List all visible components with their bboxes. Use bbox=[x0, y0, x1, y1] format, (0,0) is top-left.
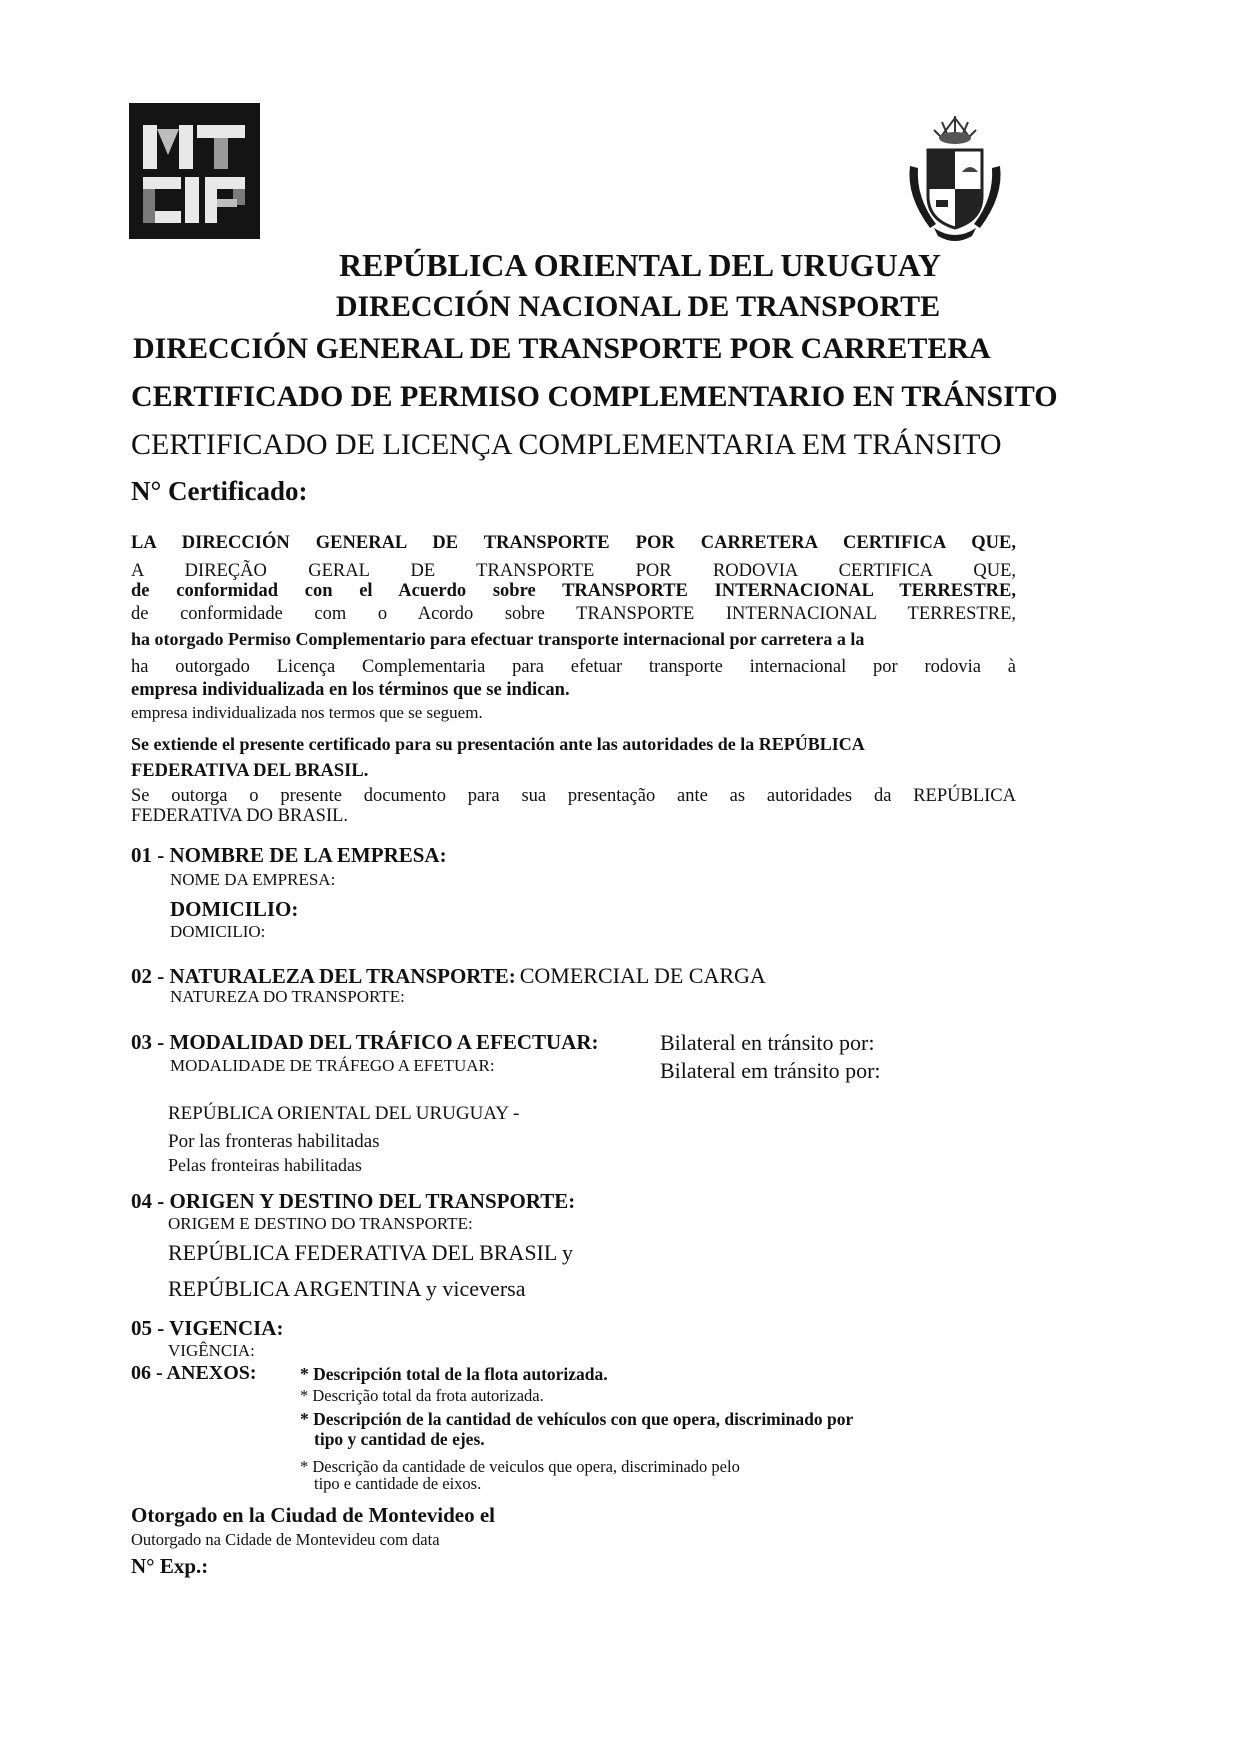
item-04-sub: ORIGEM E DESTINO DO TRANSPORTE: bbox=[168, 1214, 473, 1234]
item-03-borders-pt: Pelas fronteiras habilitadas bbox=[168, 1155, 362, 1176]
title-certificado-es: CERTIFICADO DE PERMISO COMPLEMENTARIO EN… bbox=[131, 380, 1058, 414]
item-04-line2: REPÚBLICA ARGENTINA y viceversa bbox=[168, 1276, 525, 1302]
item-04-line1: REPÚBLICA FEDERATIVA DEL BRASIL y bbox=[168, 1240, 573, 1266]
annex-2-es-2: tipo y cantidad de ejes. bbox=[314, 1430, 485, 1449]
intro-es-2b: conformidad con el Acuerdo sobre TRANSPO… bbox=[176, 581, 1016, 601]
intro-es-1: LA DIRECCIÓN GENERAL DE TRANSPORTE POR C… bbox=[131, 532, 1016, 554]
item-02-sub: NATUREZA DO TRANSPORTE: bbox=[170, 987, 405, 1007]
intro-es-2: de conformidad con el Acuerdo sobre TRAN… bbox=[131, 580, 1016, 602]
item-03-value: Bilateral en tránsito por: bbox=[660, 1030, 874, 1056]
title-certificado-pt: CERTIFICADO DE LICENÇA COMPLEMENTARIA EM… bbox=[131, 428, 1002, 462]
intro-pt-6: FEDERATIVA DO BRASIL. bbox=[131, 805, 1016, 827]
item-02-label: 02 - NATURALEZA DEL TRANSPORTE: bbox=[131, 964, 516, 988]
item-06-label: 06 - ANEXOS: bbox=[131, 1362, 257, 1385]
item-03-label: 03 - MODALIDAD DEL TRÁFICO A EFECTUAR: bbox=[131, 1030, 599, 1055]
intro-pt-5: Se outorga o presente documento para sua… bbox=[131, 785, 1016, 807]
intro-es-6: FEDERATIVA DEL BRASIL. bbox=[131, 760, 1016, 782]
granted-pt: Outorgado na Cidade de Montevideu com da… bbox=[131, 1530, 440, 1550]
title-republica: REPÚBLICA ORIENTAL DEL URUGUAY bbox=[0, 247, 1240, 284]
intro-es-2a: de bbox=[131, 581, 150, 601]
certificate-number-label: N° Certificado: bbox=[131, 476, 308, 507]
granted-es: Otorgado en la Ciudad de Montevideo el bbox=[131, 1503, 495, 1528]
item-03-borders-es: Por las fronteras habilitadas bbox=[168, 1131, 380, 1153]
exp-number-label: N° Exp.: bbox=[131, 1554, 208, 1579]
intro-pt-4: empresa individualizada nos termos que s… bbox=[131, 702, 1016, 724]
item-03-value-pt: Bilateral em tránsito por: bbox=[660, 1058, 881, 1084]
item-05-sub: VIGÊNCIA: bbox=[168, 1341, 255, 1361]
item-05-label: 05 - VIGENCIA: bbox=[131, 1316, 283, 1341]
item-03-sub: MODALIDADE DE TRÁFEGO A EFETUAR: bbox=[170, 1056, 495, 1076]
title-direccion-general: DIRECCIÓN GENERAL DE TRANSPORTE POR CARR… bbox=[133, 332, 991, 366]
item-02-value: COMERCIAL DE CARGA bbox=[520, 963, 766, 988]
title-direccion-nacional: DIRECCIÓN NACIONAL DE TRANSPORTE bbox=[0, 290, 1240, 324]
item-04-label: 04 - ORIGEN Y DESTINO DEL TRANSPORTE: bbox=[131, 1189, 575, 1214]
annex-1-pt: * Descrição total da frota autorizada. bbox=[300, 1386, 544, 1405]
item-01-label: 01 - NOMBRE DE LA EMPRESA: bbox=[131, 843, 447, 868]
mtop-logo bbox=[129, 103, 260, 239]
intro-es-5: Se extiende el presente certificado para… bbox=[131, 733, 1016, 755]
intro-pt-2: de conformidade com o Acordo sobre TRANS… bbox=[131, 603, 1016, 625]
annex-2-es-1: * Descripción de la cantidad de vehículo… bbox=[300, 1410, 853, 1429]
intro-es-4: empresa individualizada en los términos … bbox=[131, 679, 1016, 701]
domicilio-label: DOMICILIO: bbox=[170, 897, 298, 922]
intro-es-3: ha otorgado Permiso Complementario para … bbox=[131, 628, 1016, 650]
item-03-country: REPÚBLICA ORIENTAL DEL URUGUAY - bbox=[168, 1103, 519, 1125]
intro-pt-1: A DIREÇÃO GERAL DE TRANSPORTE POR RODOVI… bbox=[131, 560, 1016, 582]
annex-2-pt-2: tipo e cantidade de eixos. bbox=[314, 1474, 481, 1493]
mtop-logo-icon bbox=[129, 103, 260, 239]
annex-1-es: * Descripción total de la flota autoriza… bbox=[300, 1365, 608, 1384]
domicilio-sub: DOMICILIO: bbox=[170, 922, 265, 942]
coat-of-arms-icon bbox=[900, 116, 1010, 246]
item-02: 02 - NATURALEZA DEL TRANSPORTE: COMERCIA… bbox=[131, 963, 766, 989]
item-01-sub: NOME DA EMPRESA: bbox=[170, 870, 335, 890]
intro-pt-3: ha outorgado Licença Complementaria para… bbox=[131, 656, 1016, 678]
